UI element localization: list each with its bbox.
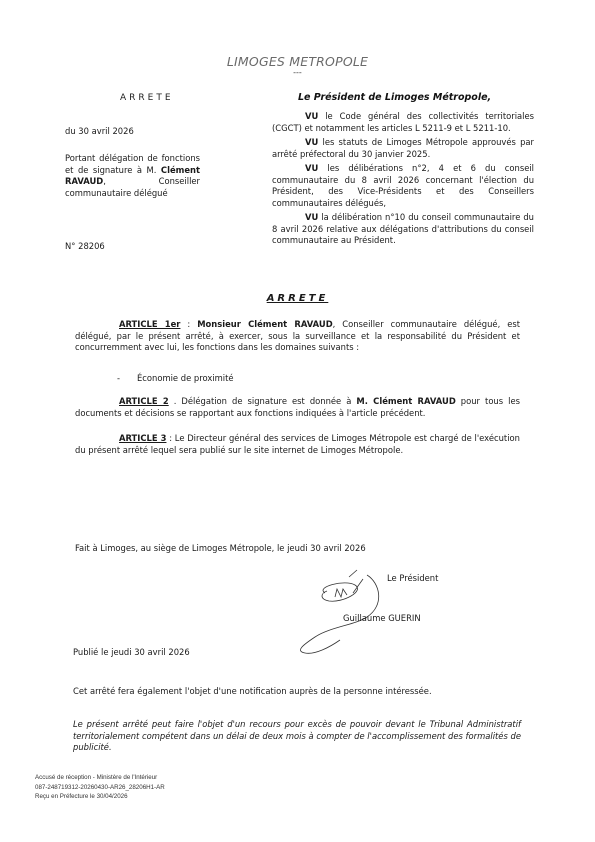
article-label: ARTICLE 2 (119, 396, 169, 406)
domain-list-item: -Économie de proximité (117, 373, 234, 383)
header-separator: --- (0, 68, 595, 77)
visa-item: VU le Code général des collectivités ter… (272, 111, 534, 134)
authority-title: Le Président de Limoges Métropole, (298, 92, 491, 103)
visa-lead: VU (305, 212, 318, 222)
appeal-notice: Le présent arrêté peut faire l'objet d'u… (73, 719, 521, 754)
article-label: ARTICLE 3 (119, 433, 166, 443)
visa-lead: VU (305, 163, 318, 173)
receipt-line: Accusé de réception - Ministère de l'Int… (35, 774, 165, 782)
document-date: du 30 avril 2026 (65, 126, 200, 138)
signatory-role: Le Président (387, 573, 438, 583)
visa-item: VU la délibération n°10 du conseil commu… (272, 212, 534, 247)
article-3: ARTICLE 3 : Le Directeur général des ser… (75, 433, 520, 456)
signatory-name: Guillaume GUERIN (343, 613, 421, 623)
article-bold: M. Clément RAVAUD (356, 396, 455, 406)
article-sep: : (180, 319, 197, 329)
article-1: ARTICLE 1er : Monsieur Clément RAVAUD, C… (75, 319, 520, 354)
visa-item: VU les statuts de Limoges Métropole appr… (272, 137, 534, 160)
place-and-date: Fait à Limoges, au siège de Limoges Métr… (75, 543, 366, 553)
bullet-marker: - (117, 373, 137, 383)
notification-note: Cet arrêté fera également l'objet d'une … (73, 686, 432, 696)
publication-date: Publié le jeudi 30 avril 2026 (73, 647, 190, 657)
article-sep: : (166, 433, 174, 443)
receipt-line: 087-248719312-20260430-AR26_28206H1-AR (35, 784, 165, 792)
visas-block: VU le Code général des collectivités ter… (272, 111, 534, 250)
document-subject: Portant délégation de fonctions et de si… (65, 153, 200, 199)
visa-item: VU les délibérations n°2, 4 et 6 du cons… (272, 163, 534, 209)
article-bold: Monsieur Clément RAVAUD (197, 319, 332, 329)
visa-lead: VU (305, 111, 318, 121)
decision-heading: ARRETE (0, 293, 595, 304)
document-number: N° 28206 (65, 241, 200, 253)
article-sep: . Délégation de signature est donnée à (169, 396, 357, 406)
document-type-label: ARRETE (120, 93, 174, 103)
article-2: ARTICLE 2 . Délégation de signature est … (75, 396, 520, 419)
receipt-line: Reçu en Préfecture le 30/04/2026 (35, 793, 165, 801)
visa-lead: VU (305, 137, 318, 147)
article-label: ARTICLE 1er (119, 319, 180, 329)
organization-title: LIMOGES METROPOLE (0, 54, 595, 69)
domain-label: Économie de proximité (137, 373, 234, 383)
receipt-stamp: Accusé de réception - Ministère de l'Int… (35, 774, 165, 801)
